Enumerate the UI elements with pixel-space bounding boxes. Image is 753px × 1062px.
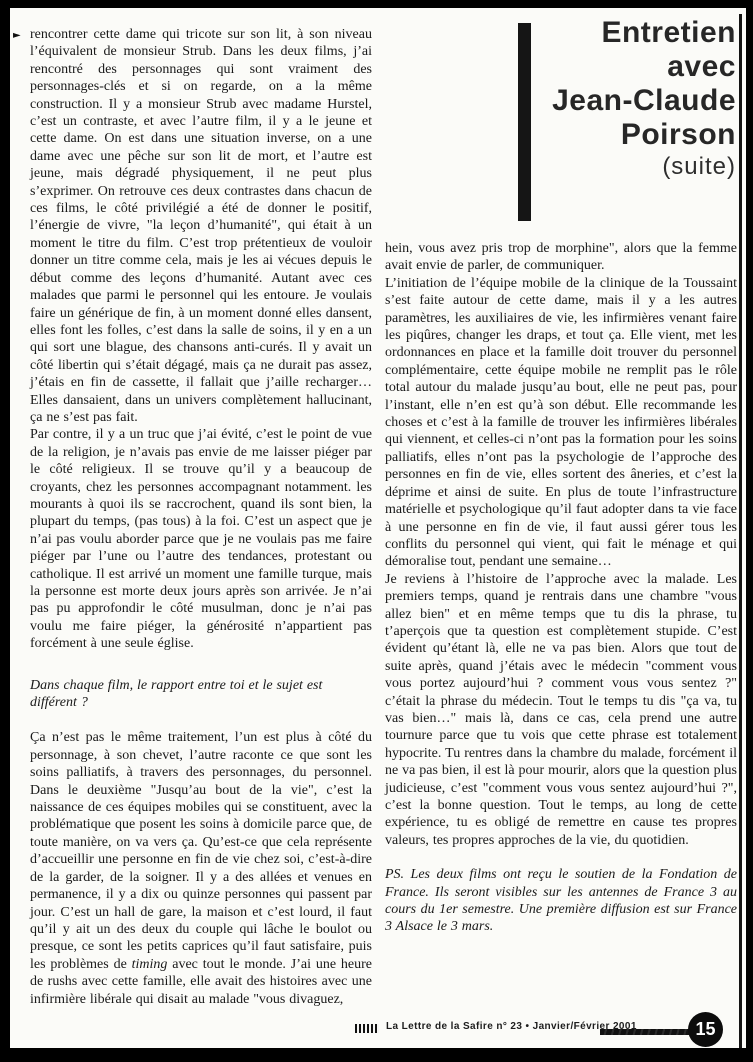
right-edge-rule <box>739 14 742 1048</box>
title-line: Poirson <box>506 118 736 152</box>
italic-word: timing <box>132 957 168 972</box>
page-number-badge: 15 <box>688 1012 723 1047</box>
title-line: Jean-Claude <box>506 84 736 118</box>
body-paragraph: L’initiation de l’équipe mobile de la cl… <box>385 275 737 571</box>
left-text-column: ► rencontrer cette dame qui tricote sur … <box>30 26 372 1008</box>
right-text-column: hein, vous avez pris trop de morphine", … <box>385 240 737 936</box>
title-line: Entretien <box>506 16 736 50</box>
postscript: PS. Les deux films ont reçu le soutien d… <box>385 866 737 936</box>
page-number: 15 <box>695 1019 715 1040</box>
body-paragraph: Je reviens à l’histoire de l’approche av… <box>385 571 737 850</box>
title-subtitle: (suite) <box>506 152 736 182</box>
paragraph-text: Ça n’est pas le même traitement, l’un es… <box>30 730 372 971</box>
footer-stripes-icon <box>355 1024 379 1033</box>
body-paragraph: Ça n’est pas le même traitement, l’un es… <box>30 729 372 1008</box>
footer-rule <box>600 1029 700 1035</box>
title-line: avec <box>506 50 736 84</box>
body-paragraph: ► rencontrer cette dame qui tricote sur … <box>30 26 372 426</box>
page-paper: Entretien avec Jean-Claude Poirson (suit… <box>10 8 746 1048</box>
article-title: Entretien avec Jean-Claude Poirson (suit… <box>506 16 736 182</box>
scanned-page: Entretien avec Jean-Claude Poirson (suit… <box>0 0 753 1062</box>
continuation-arrow-icon: ► <box>13 27 21 44</box>
body-paragraph: Par contre, il y a un truc que j’ai évit… <box>30 426 372 652</box>
paragraph-text: rencontrer cette dame qui tricote sur so… <box>30 27 372 425</box>
body-paragraph: hein, vous avez pris trop de morphine", … <box>385 240 737 275</box>
interview-question: Dans chaque film, le rapport entre toi e… <box>30 677 372 712</box>
